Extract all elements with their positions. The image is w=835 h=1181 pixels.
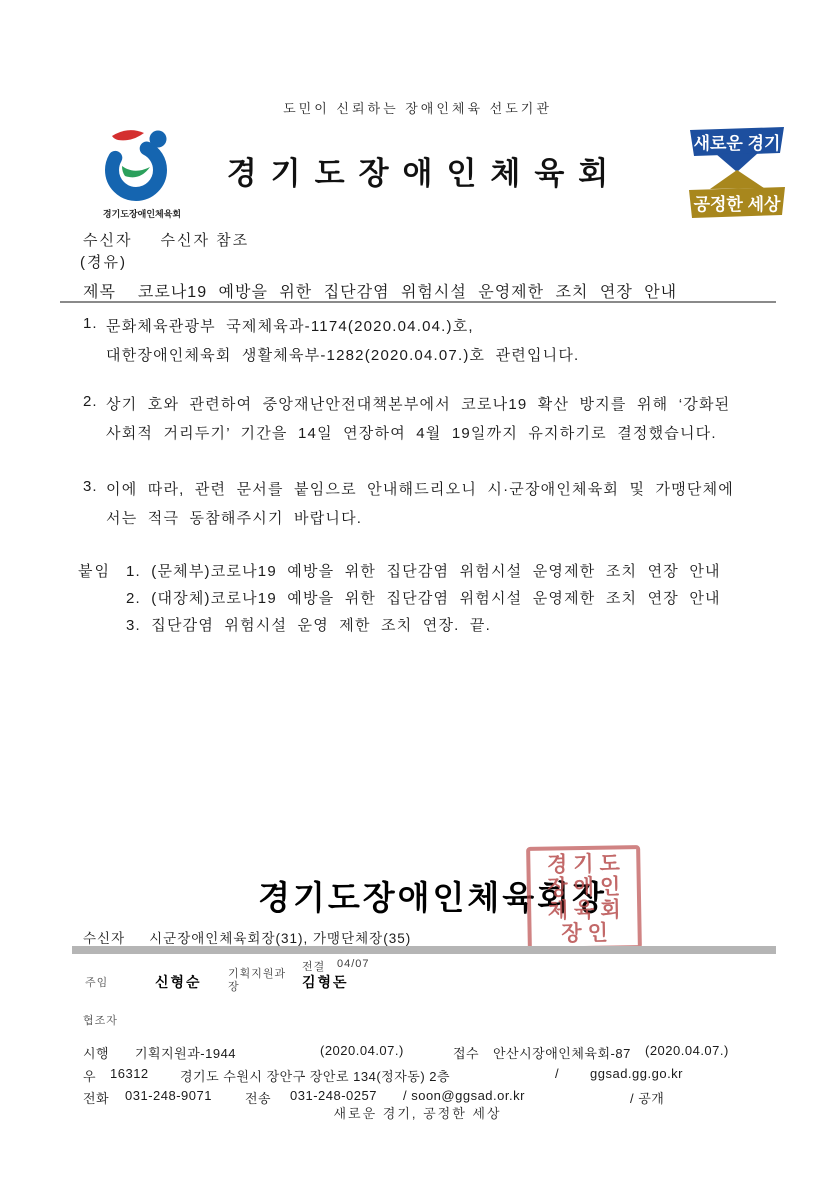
subject-line: 제목코로나19 예방을 위한 집단감염 위험시설 운영제한 조치 연장 안내 — [83, 279, 677, 302]
para3-line1: 이에 따라, 관련 문서를 붙임으로 안내해드리오니 시·군장애인체육회 및 가… — [106, 478, 734, 499]
approver2-name: 김형돈 — [302, 972, 349, 992]
decision-date: 04/07 — [337, 958, 370, 970]
attachment-3: 3. 집단감염 위험시설 운영 제한 조치 연장. 끝. — [126, 614, 491, 635]
recipient-value: 수신자 참조 — [160, 232, 249, 249]
bottom-slogan: 새로운 경기, 공정한 세상 — [0, 1103, 835, 1122]
recipient-label: 수신자 — [83, 232, 132, 249]
recipients-label: 수신자 — [83, 931, 125, 946]
subject-divider — [60, 301, 776, 303]
approver1-role: 주임 — [85, 974, 108, 990]
footer-divider-bar — [72, 946, 776, 954]
address-text: 경기도 수원시 장안구 장안로 134(정자동) 2층 — [180, 1066, 450, 1085]
para2-line2: 사회적 거리두기’ 기간을 14일 연장하여 4월 19일까지 유지하기로 결정… — [106, 422, 717, 443]
para3-num: 3. — [83, 478, 98, 495]
para3-line2: 서는 적극 동참해주시기 바랍니다. — [106, 507, 362, 528]
receipt-date: (2020.04.07.) — [645, 1043, 729, 1058]
via-line: (경유) — [80, 251, 127, 272]
attachment-1: 1. (문체부)코로나19 예방을 위한 집단감염 위험시설 운영제한 조치 연… — [126, 560, 721, 581]
para1-num: 1. — [83, 315, 98, 332]
para2-line1: 상기 호와 관련하여 중앙재난안전대책본부에서 코로나19 확산 방지를 위해 … — [106, 393, 730, 414]
website-text: ggsad.gg.go.kr — [590, 1066, 683, 1081]
address-slash: / — [555, 1066, 559, 1081]
phone-number: 031-248-9071 — [125, 1088, 212, 1103]
para2-num: 2. — [83, 393, 98, 410]
zip-label: 우 — [83, 1066, 96, 1085]
para1-line1: 문화체육관광부 국제체육과-1174(2020.04.04.)호, — [106, 315, 474, 336]
approver1-name: 신형순 — [155, 972, 202, 992]
logo-caption: 경기도장애인체육회 — [84, 207, 200, 220]
subject-label: 제목 — [83, 284, 116, 301]
badge-bottom-text: 공정한 세상 — [694, 194, 781, 214]
receipt-no: 안산시장애인체육회-87 — [493, 1043, 631, 1062]
receipt-label: 접수 — [453, 1043, 479, 1062]
approver2-role-line2: 장 — [228, 978, 240, 994]
dispatch-label: 시행 — [83, 1043, 109, 1062]
document-page: 도민이 신뢰하는 장애인체육 선도기관 경기도장애인체육회 경기도장애인체육회 … — [0, 0, 835, 1181]
recipient-line: 수신자수신자 참조 — [83, 229, 249, 250]
fax-number: 031-248-0257 — [290, 1088, 377, 1103]
dispatch-date: (2020.04.07.) — [320, 1043, 404, 1058]
seal-row: 장인 — [531, 921, 637, 946]
recipients-detail-line: 수신자시군장애인체육회장(31), 가맹단체장(35) — [83, 927, 411, 947]
top-slogan: 도민이 신뢰하는 장애인체육 선도기관 — [0, 98, 835, 117]
subject-text: 코로나19 예방을 위한 집단감염 위험시설 운영제한 조치 연장 안내 — [138, 284, 677, 301]
para1-line2: 대한장애인체육회 생활체육부-1282(2020.04.07.)호 관련입니다. — [106, 344, 579, 365]
recipients-value: 시군장애인체육회장(31), 가맹단체장(35) — [149, 931, 411, 946]
official-seal-stamp: 경기도 장애인 체육회 장인 — [526, 845, 642, 951]
gyeonggi-badge: 새로운 경기 공정한 세상 — [686, 126, 788, 220]
badge-top-text: 새로운 경기 — [694, 133, 781, 153]
dispatch-doc-no: 기획지원과-1944 — [135, 1043, 236, 1062]
badge-icon: 새로운 경기 공정한 세상 — [686, 126, 788, 220]
cooperator-label: 협조자 — [83, 1012, 118, 1028]
signature-title: 경기도장애인체육회장 — [0, 872, 835, 919]
seal-row: 체육회 — [531, 898, 637, 923]
attachment-2: 2. (대장체)코로나19 예방을 위한 집단감염 위험시설 운영제한 조치 연… — [126, 587, 721, 608]
zip-code: 16312 — [110, 1066, 149, 1081]
email-text: / soon@ggsad.or.kr — [403, 1088, 525, 1103]
attachment-label: 붙임 — [78, 560, 111, 581]
